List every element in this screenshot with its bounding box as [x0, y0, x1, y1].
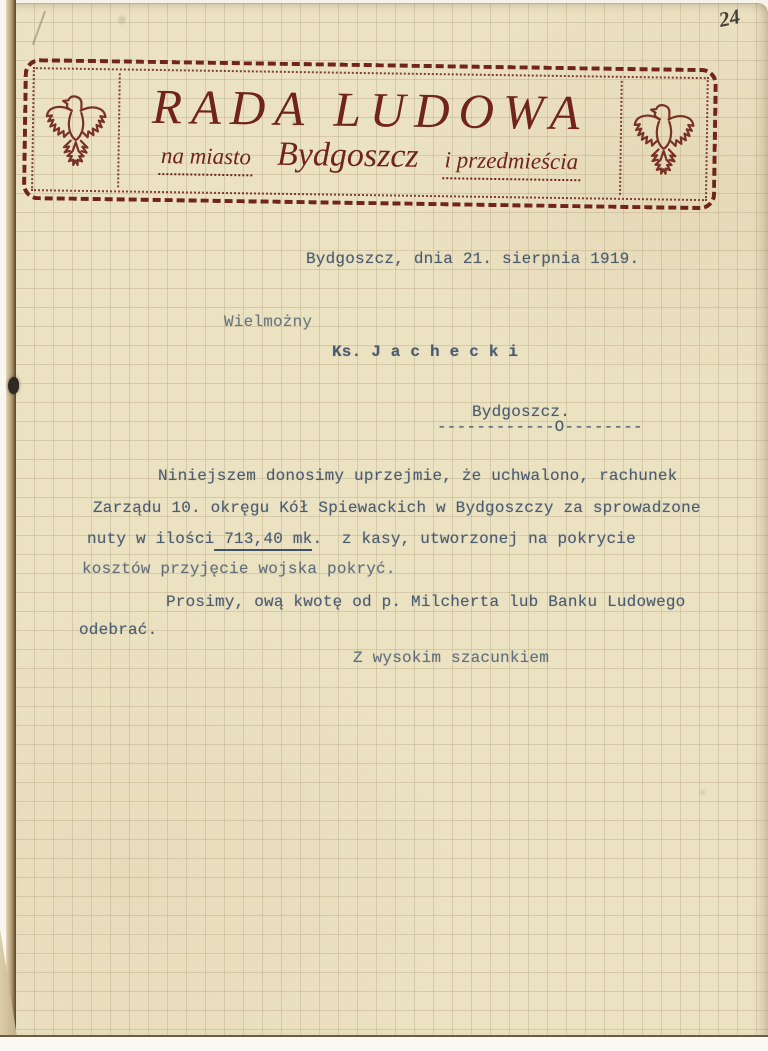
scan-background-bottom: [0, 1035, 768, 1051]
salutation: Wielmożny: [224, 312, 312, 332]
paper-smudge: [118, 16, 126, 24]
letterhead-subtitle-prefix: na miasto: [159, 143, 254, 176]
letterhead-banner: RADA LUDOWA na miasto Bydgoszcz i przedm…: [22, 58, 718, 210]
page-binding-edge: [6, 0, 16, 1051]
letterhead-subtitle: na miasto Bydgoszcz i przedmieścia: [159, 134, 581, 181]
addressee-name: Ks. J a c h e c k i: [332, 342, 518, 362]
body-line: Niniejszem donosimy uprzejmie, że uchwal…: [158, 466, 677, 486]
letterhead-subtitle-city: Bydgoszcz: [277, 136, 419, 176]
body-line: Zarządu 10. okręgu Kół Spiewackich w Byd…: [93, 498, 701, 518]
body-line: odebrać.: [79, 620, 157, 640]
address-divider: ------------O--------: [437, 417, 643, 437]
letterhead-inner-frame: RADA LUDOWA na miasto Bydgoszcz i przedm…: [31, 67, 709, 201]
letterhead-left-cell: [33, 69, 119, 190]
amount-underlined: 713,40 mk: [214, 530, 312, 551]
letterhead-text-block: RADA LUDOWA na miasto Bydgoszcz i przedm…: [119, 70, 621, 197]
body-line: nuty w ilości 713,40 mk. z kasy, utworzo…: [87, 529, 636, 549]
body-line: Prosimy, ową kwotę od p. Milcherta lub B…: [166, 592, 685, 612]
letterhead-right-cell: [621, 78, 707, 199]
body-line: kosztów przyjęcie wojska pokryć.: [82, 559, 396, 579]
binding-hole: [8, 377, 19, 394]
letterhead-subtitle-suffix: i przedmieścia: [442, 147, 580, 181]
paper-smudge: [700, 790, 705, 795]
closing: Z wysokim szacunkiem: [353, 648, 549, 668]
polish-eagle-icon: [630, 90, 697, 187]
letterhead-title: RADA LUDOWA: [152, 81, 589, 139]
amount-prefix: nuty w ilości: [87, 530, 214, 548]
amount-suffix: . z kasy, utworzonej na pokrycie: [312, 530, 635, 548]
dateline: Bydgoszcz, dnia 21. sierpnia 1919.: [306, 249, 639, 269]
polish-eagle-icon: [42, 81, 109, 178]
